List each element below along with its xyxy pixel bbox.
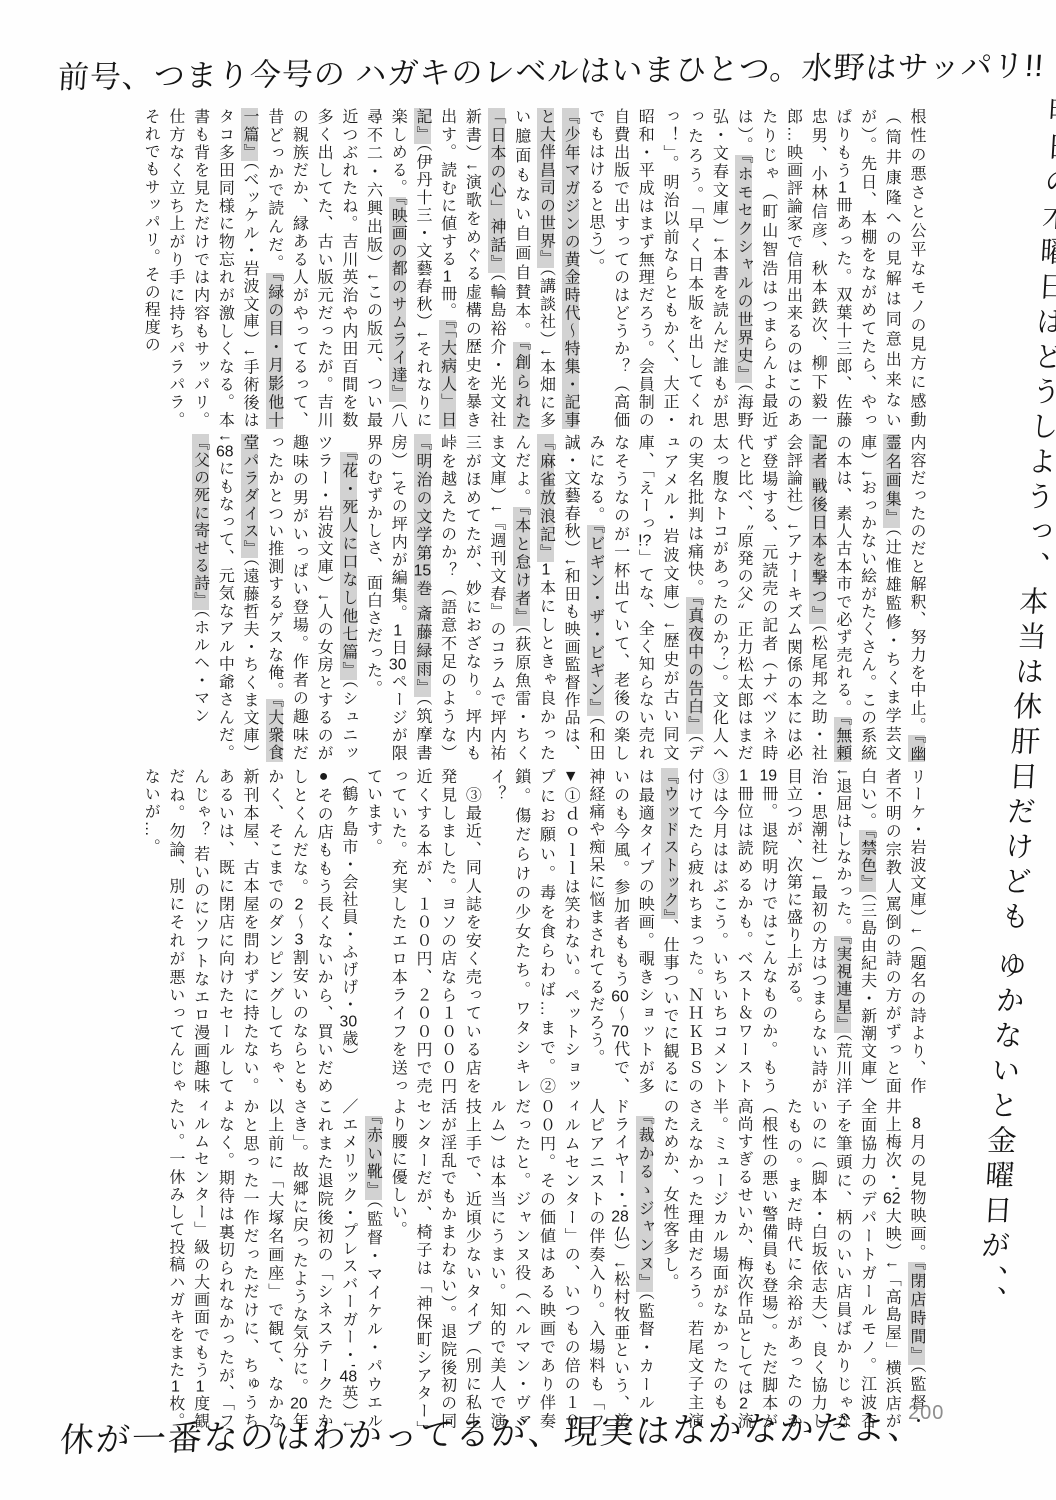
text-band-1: 根性の悪さと公平なモノの見方に感動（筒井康隆への見解は同意出来ないが）。先日、本…: [62, 108, 928, 429]
body-text: （八尋不二・六興出版）↓この版元、つい最近つぶれたね。吉川英治や内田百間を数多く…: [266, 108, 407, 429]
body-text: [365, 1098, 382, 1116]
handwritten-note-top: 前号、つまり今号の ハガキのレベルはいまひとつ。水野はサッパリ!!: [57, 40, 1040, 97]
paragraph: ▼①ｄｏｌｌは笑わない。ペットショップにお願い。毒を食らわば…まで。②鎖。傷だら…: [483, 768, 582, 1095]
highlighted-title: 『ビギン・ザ・ビギン』: [587, 525, 604, 717]
inline-number: 68: [216, 444, 233, 460]
paragraph: 19冊。退院明けではこんなものか。もう1冊位は読めるかも。ベスト＆ワースト③は今…: [582, 768, 780, 1095]
handwritten-note-right-margin: 明日の木曜日はどうしようっ、本当は休肝日だけども ゆかないと金曜日が、、: [968, 96, 1056, 1326]
inline-number: 70: [612, 1024, 629, 1041]
inline-number: 1: [167, 1379, 184, 1395]
paragraph: 『少年マガジンの黄金時代～特集・記事と大伴昌司の世界』（講談社）↓本畑に多い臆面…: [138, 108, 583, 429]
inline-number: 8: [908, 1116, 925, 1133]
body-text: （監督・カール・ドライヤー・'28仏）↓松村牧亜という、美人ピアニストの伴奏入り…: [389, 1098, 653, 1430]
body-text: 19冊。退院明けではこんなものか。もう1冊位は読めるかも。ベスト＆ワースト③は今…: [686, 768, 777, 1095]
paragraph: 8月の見物映画。『閉店時間』（監督・井上梅次・'62大映）↓「高島屋」横浜店が全…: [656, 1098, 928, 1430]
paragraph: 『赤い靴』（監督・マイケル・パウエル／エメリック・プレスバーガー・'48英）↓こ…: [162, 1098, 384, 1430]
highlighted-title: 『花・死人に口なし他七篇』: [340, 452, 357, 680]
body-text: [340, 434, 357, 452]
paragraph: ③最近、同人誌を安く売っている店を発見しました。ヨソの店なら１０００円近くする本…: [360, 768, 484, 1095]
inline-number: 2: [290, 897, 307, 914]
highlighted-title: 『映画の都のサムライ達』: [389, 197, 406, 402]
highlighted-title: 『赤い靴』: [365, 1116, 382, 1200]
inline-number: 28: [612, 1209, 629, 1225]
body-text: 根性の悪さと公平なモノの見方に感動（筒井康隆への見解は同意出来ないが）。先日、本…: [735, 108, 925, 429]
body-text: 内容だったのだと解釈、努力を中止。: [908, 434, 925, 735]
inline-number: 15: [414, 563, 431, 580]
highlighted-title: 『真夜中の告白』: [686, 597, 703, 734]
magazine-page: 前号、つまり今号の ハガキのレベルはいまひとつ。水野はサッパリ!! 明日の木曜日…: [0, 0, 1056, 1500]
inline-number: 1: [834, 180, 851, 196]
body-text: ③最近、同人誌を安く売っている店を発見しました。ヨソの店なら１０００円近くする本…: [365, 768, 481, 1095]
inline-number: 30: [340, 1014, 357, 1030]
text-band-2: 内容だったのだと解釈、努力を中止。『幽霊名画集』（辻惟雄監修・ちくま学芸文庫）↓…: [62, 434, 928, 762]
text-band-3: リーケ・岩波文庫）↓（題名の詩より、作者不明の宗教人罵倒の詩の方がずっと面白い）…: [62, 768, 928, 1095]
body-text: ▼①ｄｏｌｌは笑わない。ペットショップにお願い。毒を食らわば…まで。②鎖。傷だら…: [488, 768, 579, 1095]
paragraph: 『裁かるゝジャンヌ』（監督・カール・ドライヤー・'28仏）↓松村牧亜という、美人…: [385, 1098, 657, 1430]
body-text: （ホルヘ・マン: [192, 610, 209, 725]
paragraph: ●その店ももう長くないから、買いだめしとくんだな。2～3割安いのならともかく、そ…: [138, 768, 336, 1095]
body-text: [636, 1098, 653, 1116]
paragraph: （鶴ヶ島市・会社員・ふげげ・30歳）: [335, 768, 360, 1095]
text-band-4: 8月の見物映画。『閉店時間』（監督・井上梅次・'62大映）↓「高島屋」横浜店が全…: [62, 1098, 928, 1430]
inline-number: 19: [760, 768, 777, 785]
inline-number: 1: [389, 623, 406, 639]
highlighted-title: 『明治の文学第15巻 斎藤緑雨』: [414, 434, 431, 697]
highlighted-title: 『麻雀放浪記』: [537, 434, 554, 562]
inline-number: 1: [537, 562, 554, 579]
highlighted-title: 『ホモセクシャルの世界史』: [735, 155, 752, 383]
inline-number: 3: [290, 932, 307, 949]
body-text: （監督・井上梅次・'62大映）↓「高島屋」横浜店が全面協力のデパートガールモノ。…: [661, 1098, 925, 1430]
body-text: （監督・マイケル・パウエル／エメリック・プレスバーガー・'48英）↓これまた退院…: [167, 1098, 382, 1430]
highlighted-title: 『裁かるゝジャンヌ』: [636, 1116, 653, 1292]
inline-number: 48: [340, 1369, 357, 1385]
inline-number: 1: [735, 768, 752, 785]
highlighted-title: 『父の死に寄せる詩』: [192, 434, 209, 610]
inline-exclamation: !?: [636, 533, 653, 549]
inline-number: 1: [439, 269, 456, 285]
body-text: （松尾邦之助・社会評論社）↓アナーキズム関係の本には必ず登場する、元読売の記者（…: [686, 434, 827, 762]
highlighted-title: 『禁色』: [859, 830, 876, 892]
page-number: 200: [908, 1402, 944, 1425]
paragraph: 内容だったのだと解釈、努力を中止。『幽霊名画集』（辻惟雄監修・ちくま学芸文庫）↓…: [360, 434, 928, 762]
paragraph: 『花・死人に口なし他七篇』（シュニッツラー・岩波文庫）↓人の女房とするのが趣味の…: [187, 434, 360, 762]
highlighted-title: 『実視連星』: [834, 936, 851, 1033]
highlighted-title: 『ウッドストック』: [661, 768, 678, 919]
body-text: （鶴ヶ島市・会社員・ふげげ・30歳）: [340, 768, 357, 1065]
body-text: ●その店ももう長くないから、買いだめしとくんだな。2～3割安いのならともかく、そ…: [142, 768, 332, 1095]
highlighted-title: 『本と怠け者』: [513, 507, 530, 626]
inline-number: 60: [612, 989, 629, 1006]
body-text: （海野弘・文春文庫）↓本書を読んだ誰もが思ったろう。「早く日本版を出してくれっ！…: [587, 108, 752, 429]
body-text: 8月の見物映画。: [908, 1098, 925, 1262]
inline-number: 62: [883, 1191, 900, 1207]
highlighted-title: 『閉店時間』: [908, 1262, 925, 1365]
paragraph: リーケ・岩波文庫）↓（題名の詩より、作者不明の宗教人罵倒の詩の方がずっと面白い）…: [780, 768, 928, 1095]
inline-number: 30: [389, 657, 406, 673]
paragraph: 根性の悪さと公平なモノの見方に感動（筒井康隆への見解は同意出来ないが）。先日、本…: [582, 108, 928, 429]
inline-number: 1: [192, 1379, 209, 1395]
